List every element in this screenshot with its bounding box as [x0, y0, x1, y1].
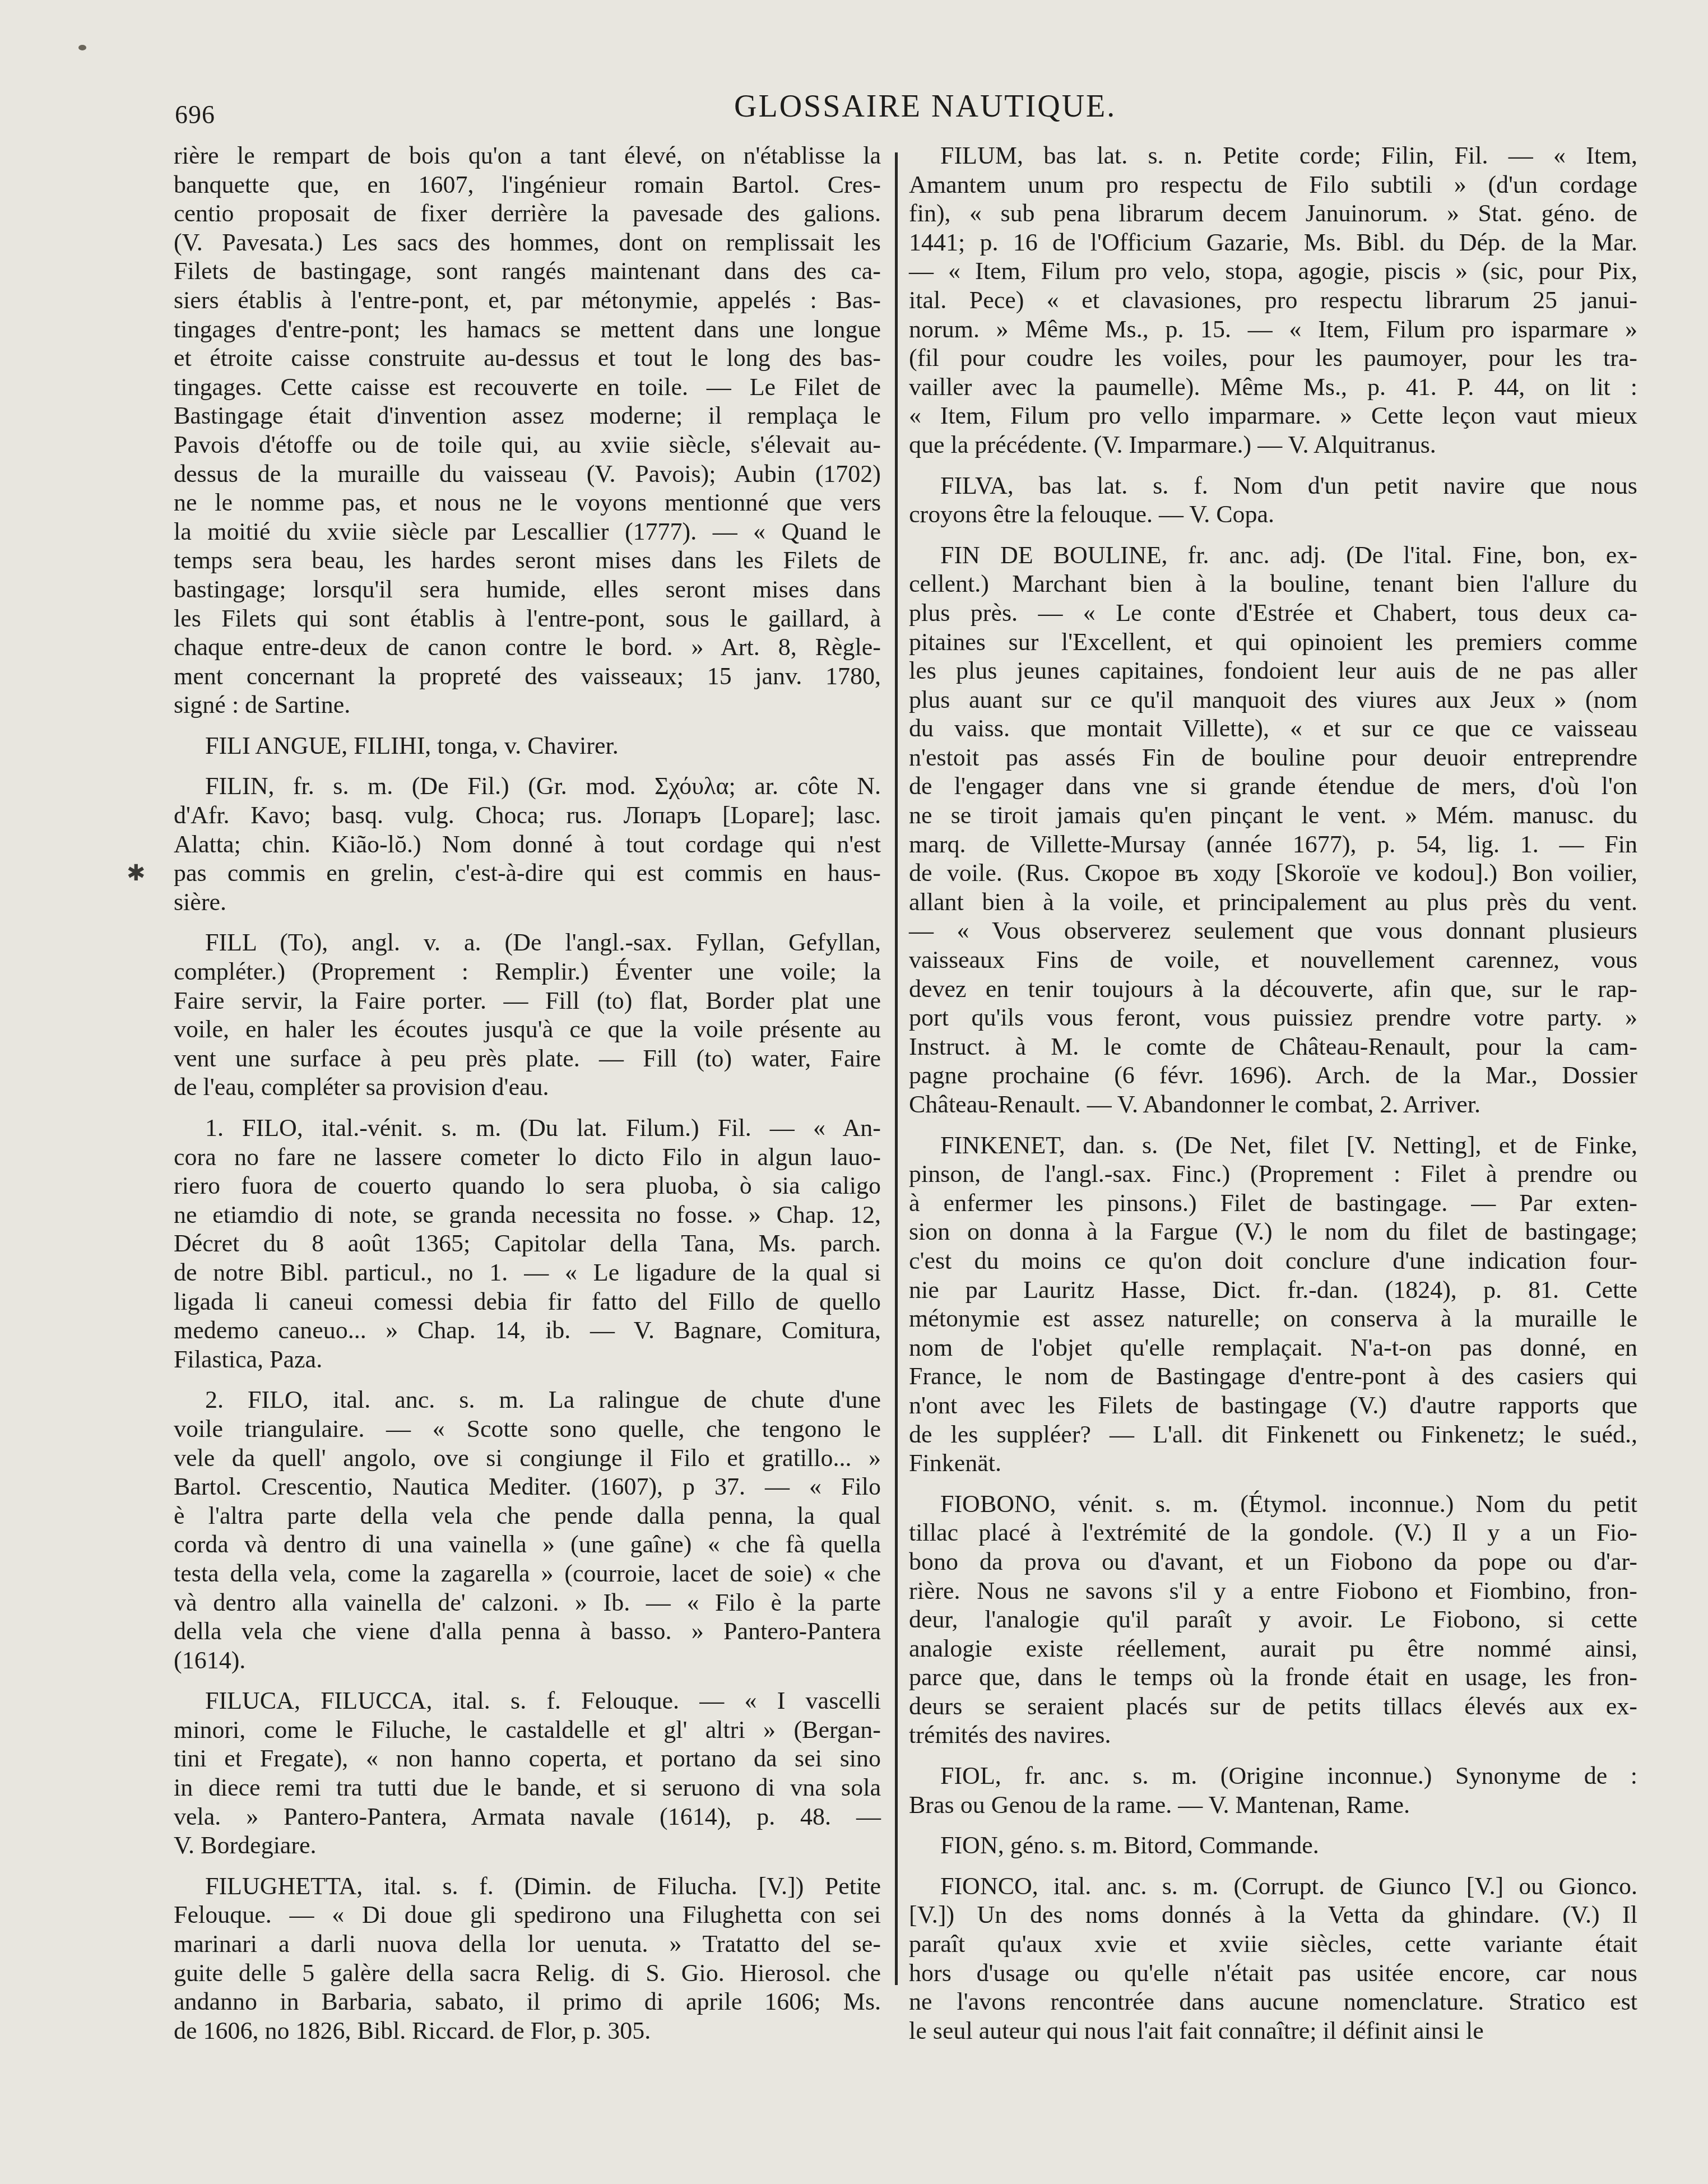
entry-line: nie par Lauritz Hasse, Dict. fr.-dan. (1… — [909, 1276, 1637, 1305]
entry-line: pitaines sur l'Excellent, et qui opinoie… — [909, 628, 1637, 657]
glossary-entry-fill-to: FILL (To), angl. v. a. (De l'angl.-sax. … — [174, 928, 881, 1102]
glossary-entry-fiobono: FIOBONO, vénit. s. m. (Étymol. inconnue.… — [909, 1490, 1637, 1750]
entry-line: Instruct. à M. le comte de Château-Renau… — [909, 1032, 1637, 1061]
entry-line: port qu'ils vous feront, vous puissiez p… — [909, 1003, 1637, 1032]
entry-headline: FILUM, bas lat. s. n. Petite corde; Fili… — [909, 141, 1637, 170]
entry-line: Bras ou Genou de la rame. — V. Mantenan,… — [909, 1791, 1637, 1820]
entry-line: Filastica, Paza. — [174, 1345, 881, 1374]
entry-line: (1614). — [174, 1646, 881, 1675]
entry-line: và dentro alla vainella de' calzoni. » I… — [174, 1588, 881, 1617]
entry-line: tingages d'entre-pont; les hamacs se met… — [174, 315, 881, 344]
margin-asterisk-icon: ✱ — [127, 860, 146, 886]
entry-headline: FINKENET, dan. s. (De Net, filet [V. Net… — [909, 1131, 1637, 1160]
entry-line: Faire servir, la Faire porter. — Fill (t… — [174, 986, 881, 1016]
entry-line: analogie existe réellement, aurait pu êt… — [909, 1634, 1637, 1663]
entry-line: siers établis à l'entre-pont, et, par mé… — [174, 286, 881, 315]
entry-headline: 1. FILO, ital.-vénit. s. m. (Du lat. Fil… — [174, 1114, 881, 1143]
left-column: rière le rempart de bois qu'on a tant él… — [174, 141, 881, 2057]
entry-line: è l'altra parte della vela che pende dal… — [174, 1501, 881, 1531]
entry-line: V. Bordegiare. — [174, 1831, 881, 1860]
entry-headline: FION, géno. s. m. Bitord, Commande. — [909, 1831, 1637, 1860]
right-column: FILUM, bas lat. s. n. Petite corde; Fili… — [909, 141, 1637, 2057]
entry-line: cellent.) Marchant bien à la bouline, te… — [909, 569, 1637, 599]
entry-line: vailler avec la paumelle). Même Ms., p. … — [909, 373, 1637, 402]
entry-line: parce que, dans le temps où la fronde ét… — [909, 1663, 1637, 1692]
entry-line: Château-Renault. — V. Abandonner le comb… — [909, 1090, 1637, 1119]
entry-line: rière. Nous ne savons s'il y a entre Fio… — [909, 1576, 1637, 1606]
entry-line: Finkenät. — [909, 1449, 1637, 1478]
entry-line: de les suppléer? — L'all. dit Finkenett … — [909, 1420, 1637, 1449]
entry-line: ne etiamdio di note, se granda necessita… — [174, 1200, 881, 1230]
entry-line: temps sera beau, les hardes seront mises… — [174, 546, 881, 575]
entry-line: Bartol. Crescentio, Nautica Mediter. (16… — [174, 1472, 881, 1501]
entry-line: France, le nom de Bastingage d'entre-pon… — [909, 1362, 1637, 1391]
glossary-entry-filva: FILVA, bas lat. s. f. Nom d'un petit nav… — [909, 471, 1637, 529]
entry-line: fin), « sub pena librarum decem Januinor… — [909, 199, 1637, 228]
entry-line: vent une surface à peu près plate. — Fil… — [174, 1044, 881, 1073]
glossary-entry-filo-1: 1. FILO, ital.-vénit. s. m. (Du lat. Fil… — [174, 1114, 881, 1374]
entry-line: dessus de la muraille du vaisseau (V. Pa… — [174, 460, 881, 489]
entry-line: pas commis en grelin, c'est-à-dire qui e… — [174, 859, 881, 888]
glossary-entry-filuca: FILUCA, FILUCCA, ital. s. f. Felouque. —… — [174, 1686, 881, 1860]
entry-line: cora no fare ne lassere cometer lo dicto… — [174, 1143, 881, 1172]
entry-line: de 1606, no 1826, Bibl. Riccard. de Flor… — [174, 2016, 881, 2046]
paper-speck — [78, 45, 86, 50]
entry-line: riero fuora de couerto quando lo sera pl… — [174, 1171, 881, 1200]
entry-line: Pavois d'étoffe ou de toile qui, au xvii… — [174, 430, 881, 460]
entry-line: de l'engager dans vne si grande étendue … — [909, 772, 1637, 801]
entry-headline: FILUGHETTA, ital. s. f. (Dimin. de Filuc… — [174, 1872, 881, 1901]
entry-headline: FILIN, fr. s. m. (De Fil.) (Gr. mod. Σχό… — [174, 772, 881, 801]
entry-line: 1441; p. 16 de l'Officium Gazarie, Ms. B… — [909, 228, 1637, 257]
running-title: GLOSSAIRE NAUTIQUE. — [734, 89, 1116, 124]
entry-line: ne l'avons rencontrée dans aucune nomenc… — [909, 1987, 1637, 2016]
entry-line: plus auant sur ce qu'il manquoit des viu… — [909, 685, 1637, 715]
entry-line: d'Afr. Kavo; basq. vulg. Choca; rus. Лоп… — [174, 801, 881, 830]
entry-line: le seul auteur qui nous l'ait fait conna… — [909, 2016, 1637, 2046]
entry-line: plus près. — « Le conte d'Estrée et Chab… — [909, 599, 1637, 628]
entry-line: du vaiss. que montait Villette), « et su… — [909, 714, 1637, 743]
entry-line: tingages. Cette caisse est recouverte en… — [174, 373, 881, 402]
glossary-entry-filum: FILUM, bas lat. s. n. Petite corde; Fili… — [909, 141, 1637, 460]
entry-line: (fil pour coudre les voiles, pour les pa… — [909, 344, 1637, 373]
entry-line: Alatta; chin. Kião-lŏ.) Nom donné à tout… — [174, 830, 881, 859]
glossary-entry-filughetta: FILUGHETTA, ital. s. f. (Dimin. de Filuc… — [174, 1872, 881, 2046]
entry-line: bastingage; lorsqu'il sera humide, elles… — [174, 575, 881, 604]
entry-headline: FILVA, bas lat. s. f. Nom d'un petit nav… — [909, 471, 1637, 500]
entry-line: — « Vous observerez seulement que vous d… — [909, 916, 1637, 945]
entry-line: ne se tiroit jamais qu'en pinçant le ven… — [909, 801, 1637, 830]
entry-headline: FIONCO, ital. anc. s. m. (Corrupt. de Gi… — [909, 1872, 1637, 1901]
entry-line: sion on donna à la Fargue (V.) le nom du… — [909, 1217, 1637, 1246]
entry-line: Felouque. — « Di doue gli spedirono una … — [174, 1900, 881, 1930]
entry-line: — « Item, Filum pro velo, stopa, agogie,… — [909, 257, 1637, 286]
entry-line: tillac placé à l'extrémité de la gondole… — [909, 1518, 1637, 1547]
entry-line: les plus jeunes capitaines, fondoient le… — [909, 656, 1637, 685]
entry-line: et étroite caisse construite au-dessus e… — [174, 344, 881, 373]
entry-line: tini et Fregate), « non hanno coperta, e… — [174, 1744, 881, 1773]
entry-line: rière le rempart de bois qu'on a tant él… — [174, 141, 881, 170]
glossary-entry-fionco: FIONCO, ital. anc. s. m. (Corrupt. de Gi… — [909, 1872, 1637, 2046]
entry-line: croyons être la felouque. — V. Copa. — [909, 500, 1637, 529]
entry-line: Décret du 8 août 1365; Capitolar della T… — [174, 1229, 881, 1258]
glossary-entry-fiol: FIOL, fr. anc. s. m. (Origine inconnue.)… — [909, 1761, 1637, 1819]
entry-line: Bastingage était d'invention assez moder… — [174, 401, 881, 430]
entry-line: compléter.) (Proprement : Remplir.) Éven… — [174, 957, 881, 986]
glossary-entry-finkenet: FINKENET, dan. s. (De Net, filet [V. Net… — [909, 1131, 1637, 1478]
entry-line: marq. de Villette-Mursay (année 1677), p… — [909, 830, 1637, 859]
entry-line: Amantem unum pro respectu de Filo subtil… — [909, 170, 1637, 200]
entry-line: hors d'usage ou qu'elle n'était pas usit… — [909, 1959, 1637, 1988]
entry-line: in diece remi tra tutti due le bande, et… — [174, 1773, 881, 1802]
entry-line: [V.]) Un des noms donnés à la Vetta da g… — [909, 1900, 1637, 1930]
entry-line: ital. Pece) « et clavasiones, pro respec… — [909, 286, 1637, 315]
entry-line: que la précédente. (V. Imparmare.) — V. … — [909, 430, 1637, 460]
entry-headline: FILI ANGUE, FILIHI, tonga, v. Chavirer. — [174, 731, 881, 761]
entry-line: n'ont avec les Filets de bastingage (V.)… — [909, 1391, 1637, 1420]
entry-line: (V. Pavesata.) Les sacs des hommes, dont… — [174, 228, 881, 257]
entry-line: paraît qu'aux xvie et xviie siècles, cet… — [909, 1930, 1637, 1959]
entry-line: della vela che viene d'alla penna à bass… — [174, 1617, 881, 1646]
entry-line: les Filets qui sont établis à l'entre-po… — [174, 604, 881, 633]
glossary-entry-fili-angue: FILI ANGUE, FILIHI, tonga, v. Chavirer. — [174, 731, 881, 761]
entry-line: ne le nomme pas, et nous ne le voyons me… — [174, 488, 881, 517]
entry-line: corda và dentro di una vainella » (une g… — [174, 1530, 881, 1559]
entry-line: minori, come le Filuche, le castaldelle … — [174, 1715, 881, 1745]
entry-line: de voile. (Rus. Скорое въ ходу [Skoroïe … — [909, 859, 1637, 888]
entry-line: sière. — [174, 888, 881, 917]
column-divider — [895, 152, 898, 1985]
entry-line: de l'eau, compléter sa provision d'eau. — [174, 1073, 881, 1102]
entry-line: andanno in Barbaria, sabato, il primo di… — [174, 1987, 881, 2016]
entry-line: centio proposait de fixer derrière la pa… — [174, 199, 881, 228]
glossary-entry-fin-de-bouline: FIN DE BOULINE, fr. anc. adj. (De l'ital… — [909, 541, 1637, 1119]
page-number: 696 — [175, 100, 215, 129]
entry-line: Filets de bastingage, sont rangés mainte… — [174, 257, 881, 286]
entry-line: n'estoit pas assés Fin de bouline pour d… — [909, 743, 1637, 772]
entry-headline: FILUCA, FILUCCA, ital. s. f. Felouque. —… — [174, 1686, 881, 1715]
entry-line: testa della vela, come la zagarella » (c… — [174, 1559, 881, 1588]
entry-line: pagne prochaine (6 févr. 1696). Arch. de… — [909, 1061, 1637, 1090]
entry-line: medemo caneuo... » Chap. 14, ib. — V. Ba… — [174, 1316, 881, 1345]
entry-line: trémités des navires. — [909, 1721, 1637, 1750]
entry-headline: FIN DE BOULINE, fr. anc. adj. (De l'ital… — [909, 541, 1637, 570]
entry-line: voile triangulaire. — « Scotte sono quel… — [174, 1415, 881, 1444]
entry-line: ligada li caneui comessi debia fir fatto… — [174, 1287, 881, 1316]
entry-line: allant bien à la voile, et principalemen… — [909, 888, 1637, 917]
entry-line: guite delle 5 galère della sacra Relig. … — [174, 1959, 881, 1988]
entry-line: métonymie est assez naturelle; on conser… — [909, 1304, 1637, 1333]
glossary-entry-continuation-bastingage: rière le rempart de bois qu'on a tant él… — [174, 141, 881, 720]
entry-headline: 2. FILO, ital. anc. s. m. La ralingue de… — [174, 1385, 881, 1415]
glossary-entry-filo-2: 2. FILO, ital. anc. s. m. La ralingue de… — [174, 1385, 881, 1675]
entry-line: la moitié du xviie siècle par Lescallier… — [174, 517, 881, 546]
entry-line: deurs se seraient placés sur de petits t… — [909, 1692, 1637, 1721]
entry-line: vaisseaux Fins de voile, et nouvellement… — [909, 945, 1637, 975]
glossary-entry-filin: FILIN, fr. s. m. (De Fil.) (Gr. mod. Σχό… — [174, 772, 881, 916]
entry-line: ment concernant la propreté des vaisseau… — [174, 662, 881, 691]
entry-line: norum. » Même Ms., p. 15. — « Item, Filu… — [909, 315, 1637, 344]
entry-line: vele da quell' angolo, ove si congiunge … — [174, 1444, 881, 1473]
entry-line: devez en tenir toujours à la découverte,… — [909, 975, 1637, 1004]
entry-line: nom de l'objet qu'elle remplaçait. N'a-t… — [909, 1333, 1637, 1362]
entry-line: c'est du moins ce qu'on doit conclure d'… — [909, 1246, 1637, 1276]
entry-line: à enfermer les pinsons.) Filet de bastin… — [909, 1189, 1637, 1218]
entry-line: voile, en haler les écoutes jusqu'à ce q… — [174, 1015, 881, 1044]
entry-line: signé : de Sartine. — [174, 690, 881, 720]
entry-line: bono da prova ou d'avant, et un Fiobono … — [909, 1547, 1637, 1576]
entry-line: chaque entre-deux de canon contre le bor… — [174, 633, 881, 662]
entry-headline: FILL (To), angl. v. a. (De l'angl.-sax. … — [174, 928, 881, 957]
entry-line: « Item, Filum pro vello imparmare. » Cet… — [909, 401, 1637, 430]
entry-line: pinson, de l'angl.-sax. Finc.) (Propreme… — [909, 1160, 1637, 1189]
entry-headline: FIOL, fr. anc. s. m. (Origine inconnue.)… — [909, 1761, 1637, 1791]
entry-line: de notre Bibl. particul., no 1. — « Le l… — [174, 1258, 881, 1287]
entry-headline: FIOBONO, vénit. s. m. (Étymol. inconnue.… — [909, 1490, 1637, 1519]
entry-line: marinari a darli nuova della lor uenuta.… — [174, 1930, 881, 1959]
entry-line: banquette que, en 1607, l'ingénieur roma… — [174, 170, 881, 200]
entry-line: deur, l'analogie qu'il paraît y avoir. L… — [909, 1605, 1637, 1634]
entry-line: vela. » Pantero-Pantera, Armata navale (… — [174, 1802, 881, 1831]
glossary-entry-fion: FION, géno. s. m. Bitord, Commande. — [909, 1831, 1637, 1860]
